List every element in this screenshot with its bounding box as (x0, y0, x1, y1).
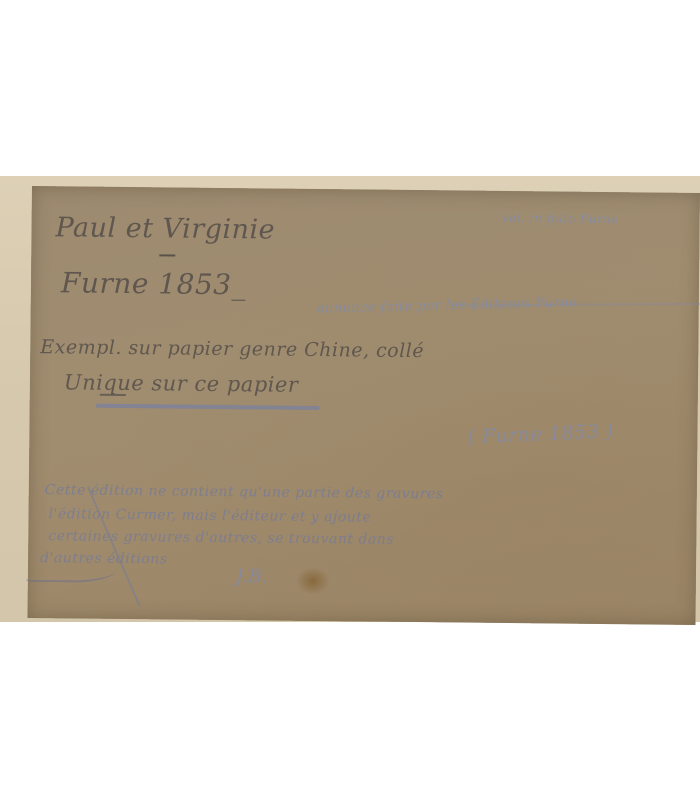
title-text: Paul et Virginie (55, 212, 275, 245)
paragraph-line-3: certaines gravures d'autres, se trouvant… (48, 528, 394, 548)
copy-note-text: Exempl. sur papier genre Chine, collé (40, 336, 424, 362)
foxing-stain (296, 567, 330, 595)
paper-crease-line (87, 486, 140, 606)
bracket-note: ( Furne 1853 ) (467, 420, 614, 448)
aged-paper-label: Paul et Virginie Furne 1853_ vol. in fol… (27, 186, 699, 625)
pencil-dash-mark (159, 254, 175, 256)
top-right-note: vol. in folio Furne (502, 211, 619, 226)
initials-signature: J.B. (236, 566, 269, 587)
blue-underline (96, 404, 320, 410)
paragraph-line-1: Cette édition ne contient qu'une partie … (45, 482, 444, 502)
pencil-underline (100, 394, 126, 396)
paragraph-line-2: l'édition Curmer, mais l'éditeur et y aj… (48, 506, 371, 525)
paragraph-line-4: d'autres éditions (40, 550, 168, 567)
publisher-date-text: Furne 1853_ (61, 266, 246, 301)
